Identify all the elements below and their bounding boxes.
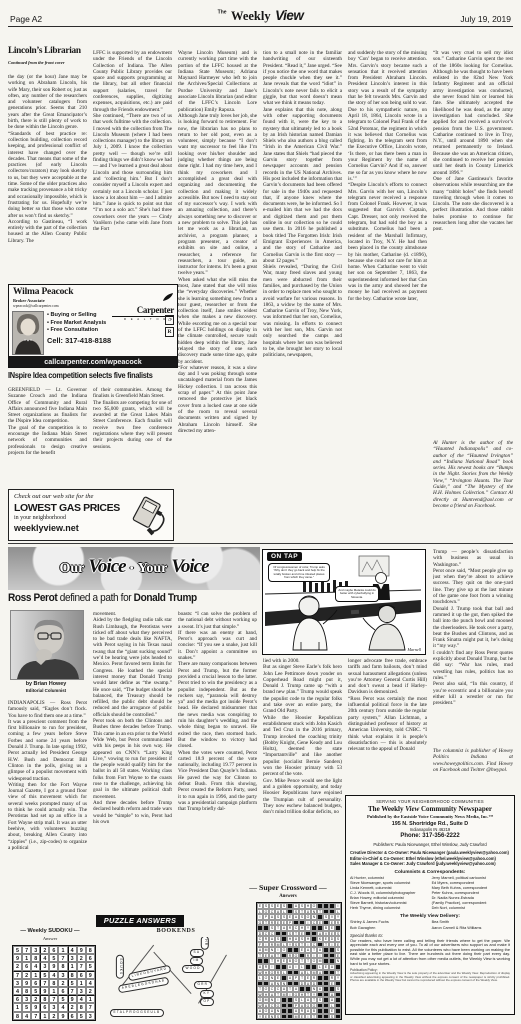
inspire-column-2: of their communities. Among the finalist… — [93, 387, 172, 485]
ad-bullet: • Free Market Analysis — [47, 320, 139, 328]
lincoln-column-2: LFFC is supported by an endowment under … — [93, 50, 172, 282]
perot-column-5: longer advocate free trade, embrace tari… — [348, 658, 427, 790]
masthead-view: View — [275, 8, 303, 23]
sudoku-cell: 6 — [68, 1012, 77, 1020]
crossword-cell — [335, 1014, 341, 1020]
owner-line: Sales Manager & Co-Owner: Judy Crawford … — [350, 861, 510, 867]
perot-column-6: Trump — people’s dissatisfaction with bu… — [433, 549, 513, 745]
cartoonist-signature: Marnell — [408, 647, 422, 652]
puzzle-answers-banner: PUZZLE ANSWERS — [96, 915, 184, 927]
masthead-tagline: SERVING YOUR NEIGHBORHOOD COMMUNITIES — [350, 799, 510, 804]
sudoku-cell: 6 — [77, 971, 86, 979]
page-number-label: Page A2 — [10, 14, 42, 24]
columnist-entry: Herb Thyme, dining columnist — [350, 906, 428, 911]
crossword-answer-grid: ESSESASHOILOCALSTUNTLIPASSEASONSVYGTREEP… — [256, 902, 342, 1020]
sudoku-cell: 3 — [49, 1003, 58, 1011]
lincoln-column-5: and suddenly the story of the missing bo… — [348, 50, 427, 540]
sudoku-cell: 9 — [40, 987, 49, 995]
sudoku-cell: 8 — [40, 995, 49, 1003]
sudoku-cell: 4 — [22, 1012, 31, 1020]
sudoku-cell: 1 — [68, 962, 77, 970]
sudoku-cell: 6 — [49, 946, 58, 954]
masthead-info-box: SERVING YOUR NEIGHBORHOOD COMMUNITIES Th… — [345, 795, 515, 1015]
sudoku-cell: 2 — [58, 979, 67, 987]
bookends-answer-chain: KY — [200, 990, 214, 998]
sudoku-cell: 3 — [40, 962, 49, 970]
gas-ad-line3: in your neighborhood — [14, 515, 66, 521]
masthead-newspaper-title: The Weekly View Community Newspaper — [350, 805, 510, 813]
sudoku-answer-grid: 5732614989184573262643981757215438693967… — [12, 945, 96, 1021]
speech-bubble: Of congresswomen of color, Trump asks “W… — [268, 563, 330, 582]
sudoku-cell: 4 — [31, 962, 40, 970]
masthead-address: 195 N. Shortridge Rd., Suite D — [350, 821, 510, 827]
gas-ad-website: weeklyview.net — [14, 523, 79, 533]
bookends-answer-chain: WOOD — [182, 965, 204, 973]
bookends-answer-graphic: HRSAIMWOODSOUKSLIRKOGNYARDADEBLEGGSDNABG… — [102, 937, 252, 1021]
realtor-title: Broker Associate — [13, 298, 45, 303]
sudoku-answer-label: Answer — [4, 936, 96, 941]
perot-column-2: movement. Aided by the fledgling radio t… — [93, 611, 172, 911]
gas-pump-icon — [125, 492, 171, 542]
bookends-answer-chain: OP — [200, 998, 214, 1006]
bookends-answer-chain: SOUKS — [116, 955, 124, 979]
inspire-column-1: GREENFIELD — Lt. Governor Suzanne Crouch… — [8, 387, 87, 485]
crossword-title: — Super Crossword — — [234, 883, 342, 892]
sudoku-cell: 7 — [86, 1003, 95, 1011]
sudoku-cell: 1 — [22, 954, 31, 962]
sudoku-cell: 8 — [49, 979, 58, 987]
portrait-woman-graphic — [13, 312, 43, 354]
sudoku-cell: 9 — [86, 971, 95, 979]
columnists-lists: Al Hunter, columnistSteve Nicewanger, sp… — [350, 876, 510, 912]
gas-ad-headline: LOWEST GAS PRICES — [14, 502, 120, 514]
sudoku-cell: 8 — [31, 954, 40, 962]
sudoku-cell: 5 — [58, 995, 67, 1003]
sudoku-cell: 3 — [77, 987, 86, 995]
delivery-left: Shirley & James FuchsBob Gavaghen — [350, 920, 428, 930]
masthead-publisher-line: Published by the Eastside Voice Communit… — [350, 814, 510, 819]
columnist-bio: The columnist is publisher of Howey Poli… — [433, 748, 513, 792]
sudoku-cell: 3 — [86, 1012, 95, 1020]
realtor-r-icon: R — [165, 327, 174, 337]
sudoku-cell: 6 — [31, 979, 40, 987]
sudoku-cell: 6 — [13, 995, 22, 1003]
realtor-name: Wilma Peacock — [13, 287, 73, 297]
masthead-title: The Weekly View — [218, 7, 304, 25]
sudoku-cell: 2 — [68, 1003, 77, 1011]
perot-column-1: INDIANAPOLIS — Ross Perot famously said,… — [8, 700, 87, 922]
sudoku-cell: 2 — [77, 954, 86, 962]
author-bio-al-hunter: Al Hunter is the author of the “Haunted … — [433, 440, 513, 540]
lincoln-column-3: Wayne Lincoln Museum) and is currently w… — [178, 50, 257, 540]
lincoln-column-4: tion to a small note in the familiar han… — [263, 50, 342, 540]
byline: by Brian Howey — [10, 681, 82, 687]
sudoku-cell: 1 — [86, 995, 95, 1003]
bookends-answer-chain: GRR — [194, 981, 212, 989]
sudoku-cell: 3 — [31, 946, 40, 954]
equal-housing-icon: ⌂ — [165, 315, 174, 325]
columnist-entry: Deb Nort, columnist — [432, 906, 510, 911]
sudoku-cell: 1 — [31, 971, 40, 979]
sudoku-cell: 7 — [77, 962, 86, 970]
issue-date: July 19, 2019 — [460, 14, 511, 24]
perot-column-4: lied with in 2000. But as singer Steve E… — [263, 658, 342, 884]
masthead-owners-list: Creative Director & Co-Owner: Paula Nice… — [350, 850, 510, 867]
sudoku-cell: 3 — [68, 954, 77, 962]
section-divider — [8, 543, 513, 544]
owner-line: Creative Director & Co-Owner: Paula Nice… — [350, 850, 510, 856]
sudoku-cell: 2 — [31, 995, 40, 1003]
ad-bullet: • Free Consultation — [47, 327, 139, 335]
sudoku-cell: 7 — [22, 946, 31, 954]
ad-bullet-list: • Buying or Selling • Free Market Analys… — [47, 312, 139, 335]
sudoku-cell: 9 — [77, 946, 86, 954]
sudoku-title: — Weekly SUDOKU — — [4, 928, 96, 934]
brian-howey-portrait-graphic — [11, 611, 83, 679]
banner-voice: Voice — [171, 556, 208, 577]
lincoln-column-6: “It was very cruel to sell my idiot son.… — [433, 50, 513, 436]
sudoku-cell: 3 — [22, 995, 31, 1003]
columnists-section-title: Columnists & Correspondents: — [350, 870, 510, 875]
sudoku-cell: 8 — [58, 962, 67, 970]
mh-title-post: Community Newspaper — [419, 805, 492, 813]
delivery-lists: Shirley & James FuchsBob Gavaghen Bea Sm… — [350, 920, 510, 930]
columnists-right: Jerry Marnell, political cartoonistEd My… — [432, 876, 510, 912]
sudoku-cell: 6 — [22, 962, 31, 970]
sudoku-cell: 8 — [68, 971, 77, 979]
sudoku-cell: 8 — [77, 1003, 86, 1011]
sudoku-cell: 7 — [58, 954, 67, 962]
ad-bullet: • Buying or Selling — [47, 312, 139, 320]
sudoku-cell: 9 — [22, 979, 31, 987]
realtor-website: callcarpenter.com/wpeacock — [9, 356, 177, 367]
realtor-phone: Cell: 317-418-8188 — [47, 336, 111, 345]
sudoku-cell: 9 — [58, 1012, 67, 1020]
masthead-publishers: Publishers: Paula Nicewanger, Ethel Wins… — [350, 842, 510, 847]
sudoku-cell: 6 — [86, 954, 95, 962]
realtor-association-icons: ⌂ R — [165, 315, 174, 338]
sudoku-cell: 4 — [40, 954, 49, 962]
sudoku-cell: 1 — [49, 987, 58, 995]
bookends-answer-chain: HR — [201, 937, 209, 950]
sudoku-cell: 9 — [49, 962, 58, 970]
sudoku-cell: 6 — [40, 1003, 49, 1011]
realtor-email: wpeacock@callcarpenter.com — [13, 304, 59, 308]
sudoku-cell: 4 — [86, 979, 95, 987]
mh-title-pre: The — [368, 805, 381, 813]
sudoku-cell: 4 — [49, 971, 58, 979]
sudoku-cell: 4 — [13, 987, 22, 995]
byline-role: Editorial Columnist — [10, 688, 82, 693]
banner-voice: Voice — [88, 556, 125, 577]
sudoku-cell: 2 — [22, 971, 31, 979]
delivery-entry: Bob Gavaghen — [350, 926, 428, 931]
sudoku-cell: 4 — [58, 1003, 67, 1011]
sudoku-cell: 4 — [77, 995, 86, 1003]
thanks-body: Our readers, who have been calling and t… — [350, 939, 510, 967]
sudoku-cell: 9 — [31, 1003, 40, 1011]
mh-title-view: View — [405, 805, 419, 813]
editorial-cartoon: ON TAP Of congresswomen of color, Trump … — [262, 549, 426, 655]
realtor-ad: Wilma Peacock Broker Associate wpeacock@… — [8, 284, 178, 368]
sudoku-cell: 8 — [86, 946, 95, 954]
sudoku-cell: 1 — [13, 1003, 22, 1011]
cartoon-title: ON TAP — [267, 552, 302, 561]
delivery-section-title: The Weekly View Delivery: — [350, 914, 510, 919]
columnist-photo — [10, 610, 84, 680]
headline-donald-trump: Donald Trump — [134, 592, 197, 604]
sudoku-cell: 5 — [40, 971, 49, 979]
sudoku-cell: 9 — [13, 954, 22, 962]
sudoku-cell: 5 — [49, 954, 58, 962]
page-header: Page A2 The Weekly View July 19, 2019 — [8, 5, 513, 27]
sudoku-cell: 5 — [31, 987, 40, 995]
masthead-phone: Phone: 317-356-2222 — [350, 833, 510, 839]
sudoku-cell: 8 — [13, 1012, 22, 1020]
sudoku-cell: 5 — [22, 1003, 31, 1011]
bookends-answer-chain: ETALPROGGSEULB — [110, 1009, 164, 1017]
headline-middle: defined a path for — [57, 592, 133, 604]
sudoku-cell: 3 — [13, 979, 22, 987]
sudoku-cell: 5 — [68, 979, 77, 987]
article-title-lincolns-librarian: Lincoln’s Librarian — [8, 46, 90, 56]
sudoku-cell: 6 — [58, 987, 67, 995]
sudoku-cell: 5 — [13, 946, 22, 954]
our-voice-banner: Our Voice • Your Voice — [8, 547, 260, 590]
sudoku-cell: 8 — [22, 987, 31, 995]
sudoku-cell: 3 — [58, 971, 67, 979]
sudoku-cell: 7 — [40, 979, 49, 987]
crossword-answers-label: Answers — [234, 894, 342, 899]
masthead-city: Indianapolis IN 46219 — [350, 827, 510, 832]
headline-ross-perot: Ross Perot — [8, 592, 57, 604]
gas-prices-ad: Check out our web site for the LOWEST GA… — [8, 489, 174, 541]
banner-bullet: • — [130, 561, 134, 575]
sudoku-cell: 5 — [86, 962, 95, 970]
lincoln-column-1: the day (or the hour) Jane may be workin… — [8, 74, 87, 282]
sudoku-cell: 2 — [86, 987, 95, 995]
sudoku-cell: 4 — [68, 946, 77, 954]
columnists-left: Al Hunter, columnistSteve Nicewanger, sp… — [350, 876, 428, 912]
banner-our: Our — [59, 561, 84, 576]
sudoku-cell: 7 — [49, 995, 58, 1003]
banner-your: Your — [138, 561, 168, 576]
newspaper-page: { "header": {"page": "Page A2", "the": "… — [0, 0, 521, 1024]
sudoku-cell: 2 — [13, 962, 22, 970]
sudoku-cell: 1 — [58, 946, 67, 954]
sudoku-cell: 2 — [40, 946, 49, 954]
sudoku-cell: 7 — [31, 1012, 40, 1020]
gas-ad-line1: Check out our web site for the — [14, 493, 93, 500]
delivery-entry: Aaron Carnell & Rita Williams — [432, 926, 510, 931]
policy-body: Advertising appearing in the Weekly View… — [350, 972, 510, 982]
article-title-inspire: INspire Idea competition selects five fi… — [8, 371, 172, 380]
perot-column-3: boasts: “I can solve the problem of the … — [178, 611, 257, 879]
sudoku-cell: 7 — [13, 971, 22, 979]
bookends-answer-chain: IM — [190, 957, 203, 965]
sudoku-cell: 9 — [68, 995, 77, 1003]
sudoku-cell: 1 — [77, 979, 86, 987]
bookends-answer-chain: SA — [190, 949, 204, 957]
sudoku-cell: 2 — [49, 1012, 58, 1020]
continued-from-note: Continued from the front cover — [8, 60, 88, 65]
sudoku-cell: 5 — [77, 1012, 86, 1020]
carpenter-leaf-icon — [162, 293, 174, 301]
mh-title-weekly: Weekly — [381, 805, 405, 813]
article-title-ross-perot: Ross Perot defined a path for Donald Tru… — [8, 592, 249, 604]
bookends-title: BOOKENDS — [100, 928, 252, 934]
sudoku-cell: 7 — [68, 987, 77, 995]
speech-bubble: And maybe Melania could do better with c… — [335, 586, 379, 602]
sudoku-cell: 1 — [40, 1012, 49, 1020]
realtor-portrait-photo — [12, 311, 44, 355]
delivery-right: Bea SmithAaron Carnell & Rita Williams — [432, 920, 510, 930]
masthead-weekly: Weekly — [231, 9, 271, 23]
masthead-the: The — [218, 10, 227, 16]
